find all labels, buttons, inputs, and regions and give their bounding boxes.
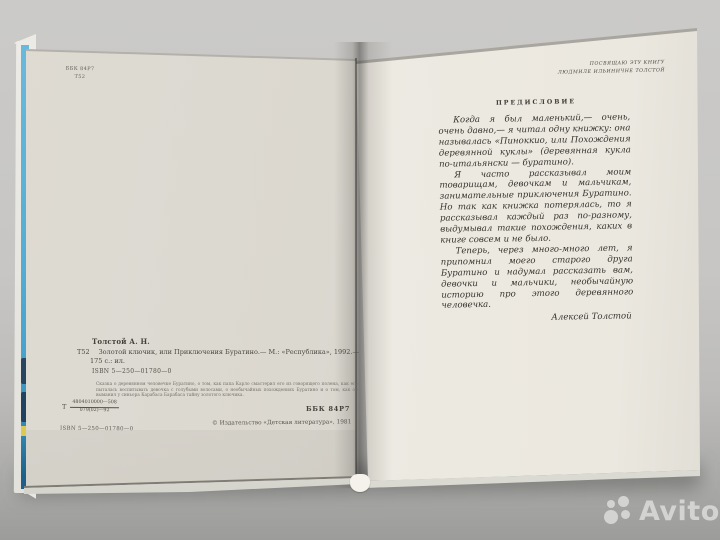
catalog-index-denominator: 079(02)—92 (70, 407, 119, 414)
bibliographic-entry: Т52Золотой ключик, или Приключения Бурат… (77, 348, 357, 356)
bbk-corner-line2: Т52 (52, 73, 108, 81)
bbk-bottom-index: ББК 84Р7 (306, 405, 350, 413)
copyright-line: © Издательство «Детская литература», 198… (212, 419, 351, 426)
catalog-code: Т52 (77, 348, 90, 356)
annotation-text: Сказка о деревянном человечке Буратино, … (96, 382, 358, 399)
avito-logo-dot (621, 510, 630, 519)
avito-logo-dot (604, 510, 618, 524)
author-line: Толстой А. Н. (92, 337, 150, 346)
avito-watermark: Avito (604, 496, 720, 527)
bbk-corner-index: ББК 84Р7 Т52 (52, 66, 108, 82)
catalog-index: Т 4804010000—508 079(02)—92 (62, 400, 119, 414)
catalog-index-letter: Т (62, 403, 66, 411)
foreword-paragraph: Когда я был маленький,— очень, очень дав… (438, 112, 631, 170)
catalog-index-fraction: 4804010000—508 079(02)—92 (70, 400, 119, 414)
dedication: ПОСВЯЩАЮ ЭТУ КНИГУ ЛЮДМИЛЕ ИЛЬИНИЧНЕ ТОЛ… (505, 59, 665, 78)
isbn-line: ISBN 5—250—01780—0 (92, 368, 172, 375)
foreword-paragraph: Я часто рассказывал моим товарищам, дево… (439, 167, 632, 247)
foreword-body: Когда я был маленький,— очень, очень дав… (438, 112, 634, 325)
avito-logo-icon (604, 496, 634, 527)
gutter-page-curl (350, 474, 370, 492)
book-photo: ББК 84Р7 Т52 Толстой А. Н. Т52Золотой кл… (0, 0, 720, 540)
foreword-paragraph: Теперь, через много-много лет, я припомн… (440, 243, 633, 312)
avito-logo-dot (618, 496, 629, 507)
pages-count-line: 175 с.: ил. (90, 357, 125, 365)
title-line: Золотой ключик, или Приключения Буратино… (99, 348, 359, 356)
book-gutter-line (355, 58, 357, 480)
avito-brand-text: Avito (639, 496, 720, 527)
avito-logo-dot (607, 500, 615, 508)
isbn-bottom-line: ISBN 5—250—01780—0 (60, 426, 133, 433)
